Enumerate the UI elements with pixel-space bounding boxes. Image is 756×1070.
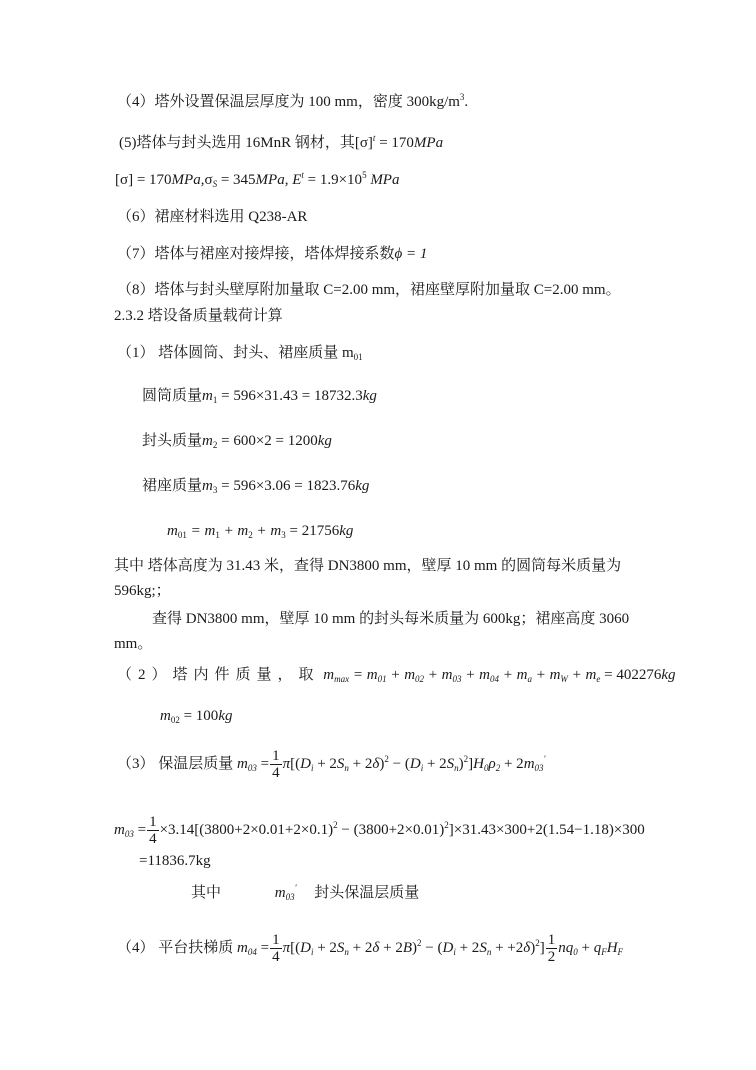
stress-u5: MPa: [367, 172, 400, 188]
sum-mass: m01 = m1 + m2 + m3 = 21756kg: [167, 521, 353, 541]
m02-line: m02 = 100kg: [160, 706, 232, 726]
sub-3-label: （3） 保温层质量: [117, 756, 233, 772]
item-5: (5)塔体与封头选用 16MnR 钢材，其[σ]t = 170MPa: [119, 133, 443, 153]
stress-p2: ,σ: [201, 172, 213, 188]
item-7-text: （7）塔体与裙座对接焊接，塔体焊接系数: [117, 246, 395, 262]
cylinder-var: m: [202, 388, 213, 404]
skirt-var: m: [202, 478, 213, 494]
where-label: 其中: [191, 885, 221, 901]
item-4-end: .: [464, 94, 468, 110]
head-var: m: [202, 433, 213, 449]
sum-var: m: [167, 523, 178, 539]
sub-4: （4） 平台扶梯质 m04 =14π[(Di + 2Sn + 2δ + 2B)2…: [117, 932, 623, 965]
item-5-formula: [σ]: [355, 135, 373, 151]
stress-formula: [σ] = 170MPa,σS = 345MPa, Et = 1.9×105 M…: [115, 170, 399, 190]
cylinder-label: 圆筒质量: [142, 388, 202, 404]
m03-result: =11836.7kg: [139, 851, 211, 871]
sum-e1: = m: [187, 523, 215, 539]
item-5-text: (5)塔体与封头选用 16MnR 钢材，其: [119, 135, 355, 151]
where-desc: 封头保温层质量: [314, 885, 419, 901]
sub-3: （3） 保温层质量 m03 =14π[(Di + 2Sn + 2δ)2 − (D…: [117, 748, 545, 781]
m02-sub: 02: [171, 715, 180, 725]
skirt-expr: = 596×3.06 = 1823.76: [217, 478, 355, 494]
sub-2: （2）塔内件质量，取 mmax = m01 + m02 + m03 + m04 …: [117, 665, 676, 685]
sum-e3: + m: [253, 523, 281, 539]
cylinder-expr: = 596×31.43 = 18732.3: [217, 388, 362, 404]
cylinder-unit: kg: [363, 388, 377, 404]
skirt-label: 裙座质量: [142, 478, 202, 494]
item-5-unit: MPa: [414, 135, 443, 151]
head-mass: 封头质量m2 = 600×2 = 1200kg: [142, 431, 332, 451]
item-7: （7）塔体与裙座对接焊接，塔体焊接系数ϕ = 1: [117, 244, 427, 264]
item-7-formula: ϕ = 1: [395, 246, 428, 262]
sub-1-sub: 01: [354, 352, 363, 362]
where-var: m03': [275, 885, 297, 901]
item-4-text: （4）塔外设置保温层厚度为 100 mm，密度 300kg/m: [117, 94, 460, 110]
sum-e2: + m: [220, 523, 248, 539]
sub-3-formula: m03 =14π[(Di + 2Sn + 2δ)2 − (Di + 2Sn)2]…: [237, 756, 545, 772]
sub-2-formula: mmax = m01 + m02 + m03 + m04 + ma + mW +…: [323, 667, 675, 683]
item-6: （6）裙座材料选用 Q238-AR: [117, 207, 307, 227]
m03-calc: m03 =14×3.14[(3800+2×0.01+2×0.1)2 − (380…: [114, 814, 645, 847]
sum-e4: = 21756: [286, 523, 339, 539]
sum-sub: 01: [178, 530, 187, 540]
head-expr: = 600×2 = 1200: [217, 433, 317, 449]
head-unit: kg: [318, 433, 332, 449]
sub-1-label: （1） 塔体圆筒、封头、裙座质量 m01: [117, 343, 363, 363]
sub-4-formula: m04 =14π[(Di + 2Sn + 2δ + 2B)2 − (Di + 2…: [237, 940, 623, 956]
m02-expr: = 100: [180, 708, 218, 724]
skirt-mass: 裙座质量m3 = 596×3.06 = 1823.76kg: [142, 476, 369, 496]
where-line: 其中 m03' 封头保温层质量: [191, 883, 419, 903]
item-4: （4）塔外设置保温层厚度为 100 mm，密度 300kg/m3.: [117, 92, 468, 112]
stress-u1: MPa: [172, 172, 201, 188]
note-2a: 查得 DN3800 mm，壁厚 10 mm 的封头每米质量为 600kg；裙座高…: [152, 609, 629, 629]
sum-unit: kg: [339, 523, 353, 539]
sub-4-label: （4） 平台扶梯质: [117, 940, 233, 956]
stress-p1: [σ] = 170: [115, 172, 172, 188]
note-1b: 596kg;；: [114, 581, 171, 601]
note-2b: mm。: [114, 634, 152, 654]
stress-p3: = 345: [217, 172, 255, 188]
stress-p4: , E: [285, 172, 302, 188]
section-heading: 2.3.2 塔设备质量载荷计算: [114, 306, 283, 326]
skirt-unit: kg: [355, 478, 369, 494]
stress-u3: MPa: [256, 172, 285, 188]
sub-2-label: （2）塔内件质量，取: [117, 667, 320, 683]
stress-p5: = 1.9×10: [304, 172, 362, 188]
note-1a: 其中 塔体高度为 31.43 米，查得 DN3800 mm，壁厚 10 mm 的…: [114, 556, 621, 576]
item-8: （8）塔体与封头壁厚附加量取 C=2.00 mm，裙座壁厚附加量取 C=2.00…: [117, 280, 621, 300]
m02-var: m: [160, 708, 171, 724]
cylinder-mass: 圆筒质量m1 = 596×31.43 = 18732.3kg: [142, 386, 377, 406]
item-5-value: = 170: [375, 135, 413, 151]
m02-unit: kg: [218, 708, 232, 724]
head-label: 封头质量: [142, 433, 202, 449]
sub-1-text: （1） 塔体圆筒、封头、裙座质量 m: [117, 345, 354, 361]
